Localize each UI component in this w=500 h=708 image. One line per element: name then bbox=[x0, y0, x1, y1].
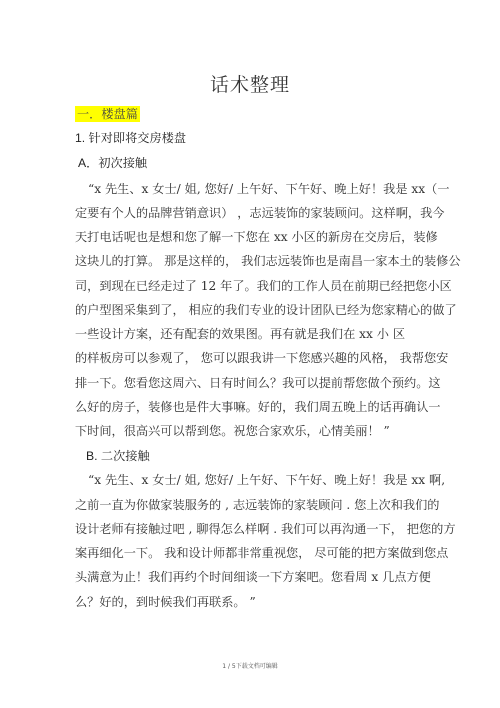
part-a-line: 排一下。您看您这周六、日有时间么？我可以提前帮您做个预约。这 bbox=[75, 375, 441, 391]
part-a-line: 的户型图采集到了， 相应的我们专业的设计团队已经为您家精心的做了 bbox=[75, 302, 457, 318]
part-b-line: 头满意为止！我们再约个时间细谈一下方案吧。您看周 x 几点方便 bbox=[75, 569, 431, 585]
part-b-line: “x 先生、x 女士/ 姐, 您好/ 上午好、下午好、晚上好！我是 xx 啊, bbox=[88, 472, 445, 488]
part-a-line: 这块儿的打算。 那是这样的， 我们志远装饰也是南昌一家本土的装修公 bbox=[75, 253, 461, 269]
page-footer: 1 / 5下载文档可编辑 bbox=[0, 661, 500, 670]
part-a-line: 司，到现在已经走过了 12 年了。我们的工作人员在前期已经把您小区 bbox=[75, 278, 452, 294]
section-heading-line: 一．楼盘篇 bbox=[75, 106, 140, 122]
section-heading-highlighted: 一．楼盘篇 bbox=[75, 106, 140, 122]
part-a-line: “x 先生、x 女士/ 姐, 您好/ 上午好、下午好、晚上好！我是 xx（一 bbox=[88, 181, 450, 197]
part-a-label: A．初次接触 bbox=[78, 155, 147, 171]
part-b-line: 案再细化一下。 我和设计师都非常重视您， 尽可能的把方案做到您点 bbox=[75, 545, 448, 561]
part-a-line: 下时间，很高兴可以帮到您。祝您合家欢乐，心情美丽！ ” bbox=[75, 423, 390, 439]
subsection-heading: 1. 针对即将交房楼盘 bbox=[75, 130, 186, 146]
part-a-line: 的样板房可以参观了， 您可以跟我讲一下您感兴趣的风格， 我帮您安 bbox=[75, 350, 448, 366]
document-page: 话术整理 一．楼盘篇 1. 针对即将交房楼盘 A．初次接触 “x 先生、x 女士… bbox=[0, 0, 500, 708]
part-b-line: 之前一直为你做家装服务的 , 志远装饰的家装顾问 . 您上次和我们的 bbox=[75, 497, 440, 513]
part-b-label: B. 二次接触 bbox=[86, 448, 150, 464]
part-a-line: 一些设计方案，还有配套的效果图。再有就是我们在 xx 小 区 bbox=[75, 326, 405, 342]
part-a-line: 天打电话呢也是想和您了解一下您在 xx 小区的新房在交房后，装修 bbox=[75, 229, 438, 245]
part-b-line: 么？好的，到时候我们再联系。 ” bbox=[75, 594, 256, 610]
part-a-line: 定要有个人的品牌营销意识） ，志远装饰的家装顾问。这样啊，我今 bbox=[75, 205, 445, 221]
part-a-line: 么好的房子，装修也是件大事嘛。好的，我们周五晚上的话再确认一 bbox=[75, 399, 441, 415]
part-b-line: 设计老师有接触过吧 , 聊得怎么样啊 . 我们可以再沟通一下， 把您的方 bbox=[75, 521, 456, 537]
document-title: 话术整理 bbox=[0, 70, 500, 97]
